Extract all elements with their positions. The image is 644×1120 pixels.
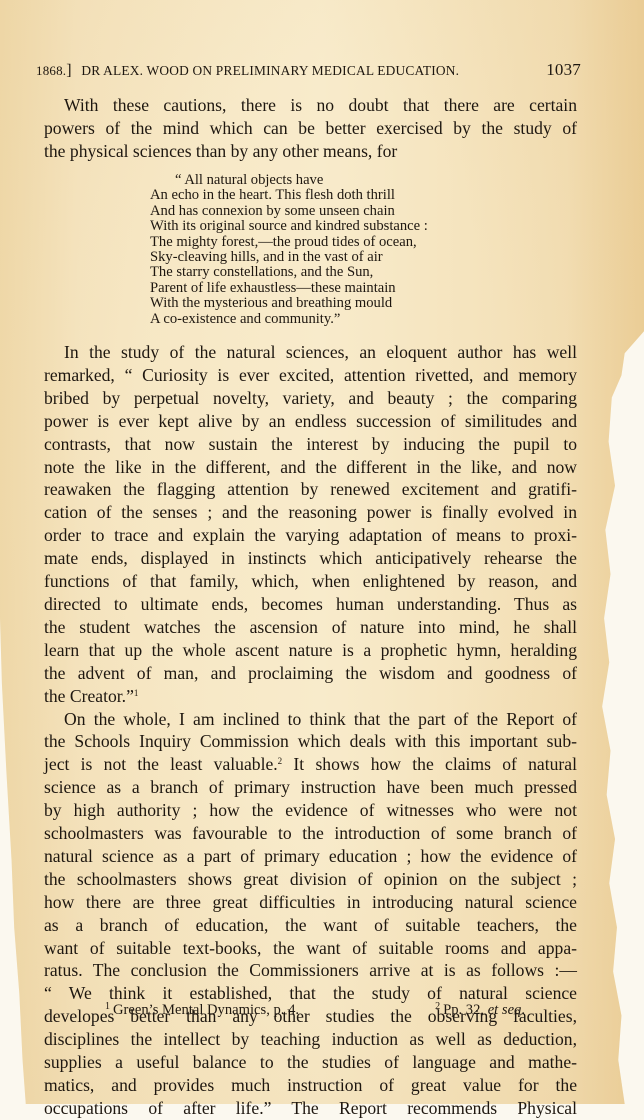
header-title: DR ALEX. WOOD ON PRELIMINARY MEDICAL EDU… (81, 63, 459, 78)
footnote-mark: 2 (435, 1001, 440, 1012)
text-fragment: ject is not the least valuable. (44, 754, 278, 774)
text-line: by high authority ; how the evidence of … (44, 799, 577, 822)
poem-line: “ All natural objects have (150, 173, 428, 188)
poem-line: Parent of life exhaustless—these maintai… (150, 281, 428, 296)
text-fragment: the Creator.” (44, 686, 134, 706)
text-line: science as a branch of primary instructi… (44, 776, 577, 799)
poem-line: With the mysterious and breathing mould (150, 296, 428, 311)
footnote-text: Pp. 32, (443, 1002, 488, 1018)
text-line: occupations of after life.” The Report r… (44, 1097, 577, 1104)
text-line: note the like in the different, and the … (44, 456, 577, 479)
text-line: how there are three great difficulties i… (44, 891, 577, 914)
text-line: ject is not the least valuable.2 It show… (44, 753, 577, 776)
running-header: 1868.] DR ALEX. WOOD ON PRELIMINARY MEDI… (36, 60, 581, 80)
poem-line: An echo in the heart. This flesh doth th… (150, 188, 428, 203)
text-line: bribed by perpetual novelty, variety, an… (44, 387, 577, 410)
text-line: remarked, “ Curiosity is ever excited, a… (44, 364, 577, 387)
text-line: With these cautions, there is no doubt t… (44, 94, 577, 117)
text-line: the Schools Inquiry Commission which dea… (44, 730, 577, 753)
page-number: 1037 (546, 60, 581, 80)
footnotes: 1Green’s Mental Dynamics, p. 4. 2Pp. 32,… (105, 1002, 525, 1019)
text-line: mate ends, displayed in instincts which … (44, 547, 577, 570)
text-line: schoolmasters was favourable to the intr… (44, 822, 577, 845)
header-bracket: ] (66, 62, 72, 79)
footnote-text: Green’s Mental Dynamics, p. 4. (113, 1002, 299, 1018)
poem-line: The starry constellations, and the Sun, (150, 265, 428, 280)
text-line: On the whole, I am inclined to think tha… (44, 708, 577, 731)
text-line: natural science as a part of primary edu… (44, 845, 577, 868)
text-line: the physical sciences than by any other … (44, 140, 577, 163)
text-line: powers of the mind which can be better e… (44, 117, 577, 140)
text-line: contrasts, that now sustain the interest… (44, 433, 577, 456)
paragraph-natural-sciences: In the study of the natural sciences, an… (44, 341, 577, 1104)
footnote-1: 1Green’s Mental Dynamics, p. 4. (105, 1002, 299, 1019)
text-line: In the study of the natural sciences, an… (44, 341, 577, 364)
text-line: order to trace and explain the varying a… (44, 524, 577, 547)
text-fragment: It shows how the claims of natural (282, 754, 577, 774)
text-line: supplies a useful balance to the studies… (44, 1051, 577, 1074)
text-line: learn that up the whole ascent nature is… (44, 639, 577, 662)
poem-line: And has connexion by some unseen chain (150, 204, 428, 219)
poem-line: The mighty forest,—the proud tides of oc… (150, 235, 428, 250)
header-left: 1868.] DR ALEX. WOOD ON PRELIMINARY MEDI… (36, 62, 459, 80)
poem-quotation: “ All natural objects have An echo in th… (150, 173, 428, 327)
text-line: matics, and provides much instruction of… (44, 1074, 577, 1097)
text-line: as a branch of education, the want of su… (44, 914, 577, 937)
poem-line: With its original source and kindred sub… (150, 219, 428, 234)
paragraph-intro: With these cautions, there is no doubt t… (44, 94, 577, 163)
text-line: cation of the senses ; and the reasoning… (44, 501, 577, 524)
text-line: ratus. The conclusion the Commissioners … (44, 959, 577, 982)
text-line: reawaken the flagging attention by renew… (44, 478, 577, 501)
text-line: the Creator.”1 (44, 685, 577, 708)
text-line: want of suitable text-books, the want of… (44, 937, 577, 960)
footnote-ref-1[interactable]: 1 (134, 688, 139, 698)
header-year: 1868. (36, 63, 66, 78)
footnote-text: . (521, 1002, 525, 1018)
text-line: the advent of man, and proclaiming the w… (44, 662, 577, 685)
poem-line: A co-existence and community.” (150, 312, 428, 327)
text-line: disciplines the intellect by teaching in… (44, 1028, 577, 1051)
footnote-mark: 1 (105, 1001, 110, 1012)
text-line: the schoolmasters shows great division o… (44, 868, 577, 891)
text-line: directed to ultimate ends, becomes human… (44, 593, 577, 616)
text-line: power is ever kept alive by an endless s… (44, 410, 577, 433)
text-line: functions of that family, which, when en… (44, 570, 577, 593)
footnote-italic: et seq (488, 1002, 522, 1018)
poem-line: Sky-cleaving hills, and in the vast of a… (150, 250, 428, 265)
footnote-2: 2Pp. 32, et seq. (435, 1002, 525, 1019)
text-line: the student watches the ascension of nat… (44, 616, 577, 639)
